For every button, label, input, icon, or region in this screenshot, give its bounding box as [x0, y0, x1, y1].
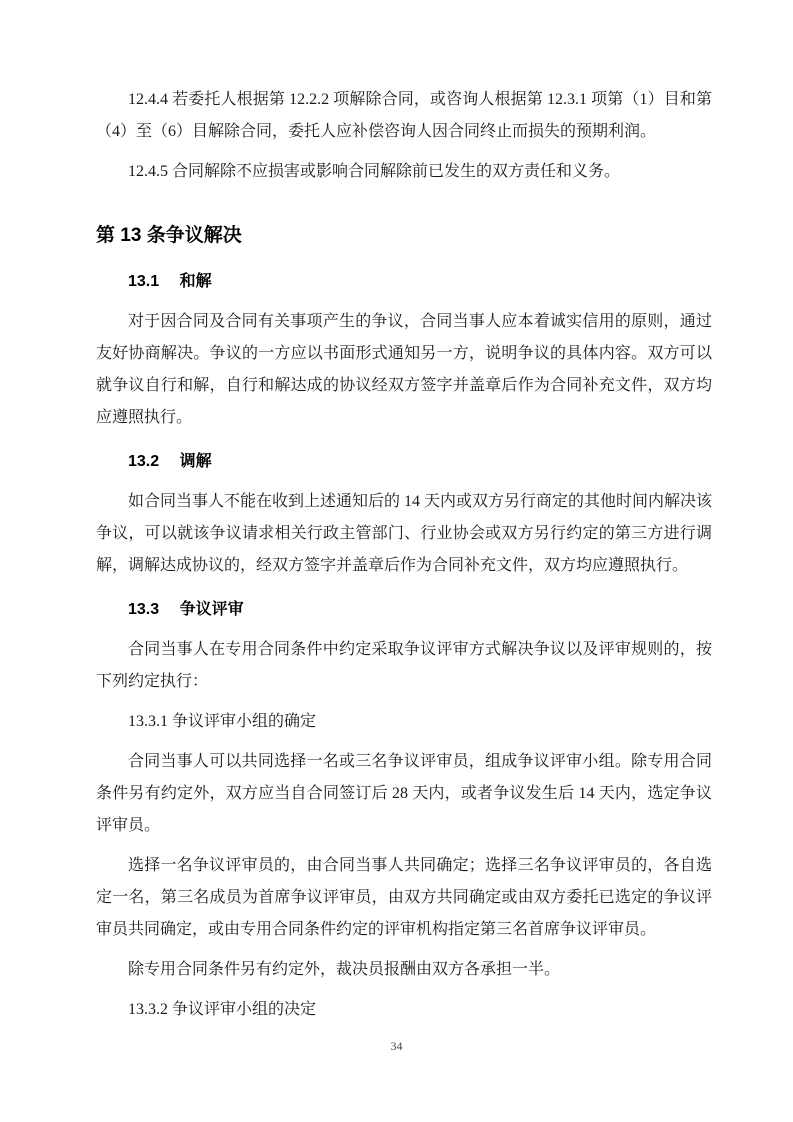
section-title: 和解 [180, 273, 212, 290]
section-number: 13.1 [128, 273, 159, 290]
section-13-3-heading: 13.3 争议评审 [96, 594, 712, 626]
section-13-1-heading: 13.1 和解 [96, 266, 712, 298]
subclause-13-3-1-heading: 13.3.1 争议评审小组的确定 [96, 706, 712, 738]
section-number: 13.3 [128, 601, 159, 618]
document-page: 12.4.4 若委托人根据第 12.2.2 项解除合同，或咨询人根据第 12.3… [0, 0, 793, 1122]
section-number: 13.2 [128, 453, 159, 470]
section-13-1-paragraph: 对于因合同及合同有关事项产生的争议，合同当事人应本着诚实信用的原则，通过友好协商… [96, 306, 712, 434]
article-13-heading: 第 13 条争议解决 [96, 222, 712, 250]
clause-12-4-4: 12.4.4 若委托人根据第 12.2.2 项解除合同，或咨询人根据第 12.3… [96, 84, 712, 148]
clause-12-4-5: 12.4.5 合同解除不应损害或影响合同解除前已发生的双方责任和义务。 [96, 156, 712, 188]
section-13-2-paragraph: 如合同当事人不能在收到上述通知后的 14 天内或双方另行商定的其他时间内解决该争… [96, 486, 712, 582]
subclause-13-3-1-paragraph-2: 选择一名争议评审员的，由合同当事人共同确定；选择三名争议评审员的，各自选定一名，… [96, 850, 712, 946]
section-13-3-intro: 合同当事人在专用合同条件中约定采取争议评审方式解决争议以及评审规则的，按下列约定… [96, 634, 712, 698]
subclause-13-3-2-heading: 13.3.2 争议评审小组的决定 [96, 994, 712, 1026]
document-content: 12.4.4 若委托人根据第 12.2.2 项解除合同，或咨询人根据第 12.3… [96, 84, 712, 1034]
section-title: 调解 [180, 453, 212, 470]
subclause-13-3-1-paragraph-3: 除专用合同条件另有约定外，裁决员报酬由双方各承担一半。 [96, 954, 712, 986]
section-13-2-heading: 13.2 调解 [96, 446, 712, 478]
section-title: 争议评审 [180, 601, 244, 618]
subclause-13-3-1-paragraph-1: 合同当事人可以共同选择一名或三名争议评审员，组成争议评审小组。除专用合同条件另有… [96, 746, 712, 842]
page-number: 34 [0, 1038, 793, 1054]
